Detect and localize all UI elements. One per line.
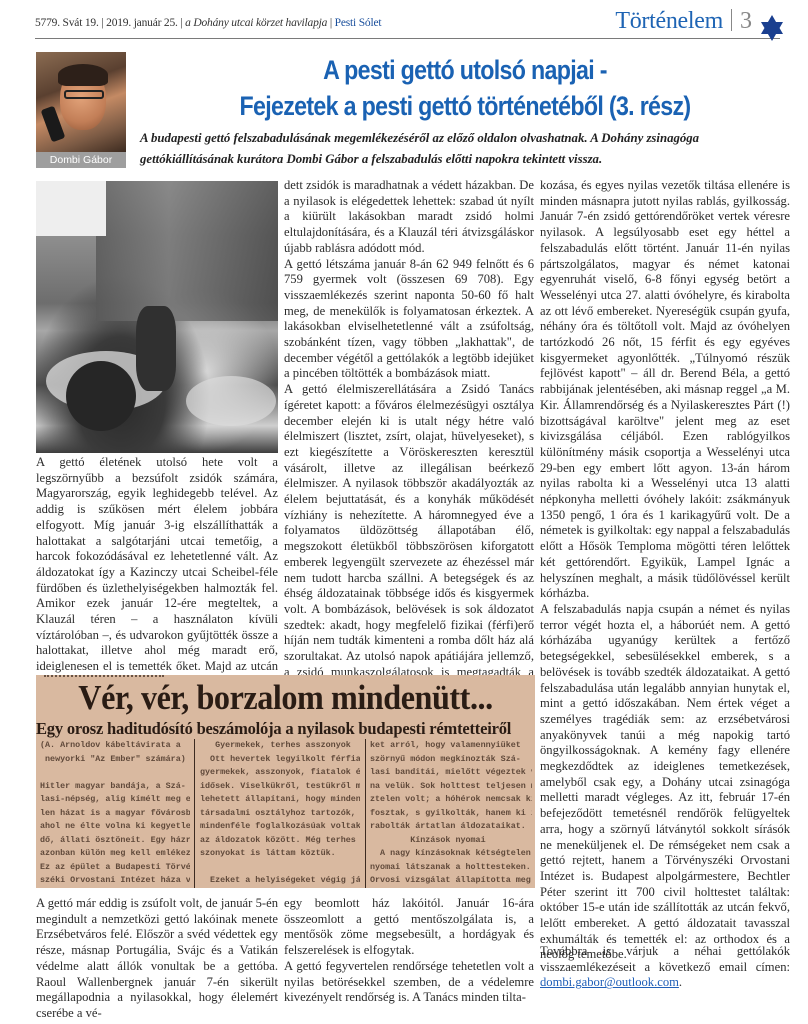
- closing-text: Továbbra is várjuk a néhai gettólakók vi…: [540, 944, 790, 974]
- article-title: A pesti gettó utolsó napjai - Fejezetek …: [186, 52, 745, 124]
- author-caption: Dombi Gábor: [36, 152, 126, 168]
- author-photo: [36, 52, 126, 152]
- issue-info: 5779. Svát 19. | 2019. január 25. | a Do…: [35, 17, 381, 29]
- newspaper-clipping: Vér, vér, borzalom mindenütt... Egy oros…: [36, 675, 535, 888]
- paragraph: A gettó létszáma január 8-án 62 949 feln…: [284, 257, 534, 383]
- ghetto-photo: [36, 181, 278, 453]
- star-of-david-icon: [760, 14, 784, 42]
- article-lead: A budapesti gettó felszabadulásának mege…: [140, 128, 790, 170]
- paragraph: A felszabadulás napja csupán a német és …: [540, 602, 790, 963]
- paragraph: egy beomlott ház lakóitól. Január 16-ára…: [284, 896, 534, 959]
- paragraph: A gettó már eddig is zsúfolt volt, de ja…: [36, 896, 278, 1022]
- paragraph: dett zsidók is maradhatnak a védett háza…: [284, 178, 534, 257]
- clipping-column-3: ket arról, hogy valamennyiüket szörnyű m…: [370, 739, 532, 888]
- clipping-column-1: (A. Arnoldov kábeltávirata a newyorki "A…: [40, 739, 190, 888]
- page-header: 5779. Svát 19. | 2019. január 25. | a Do…: [35, 8, 780, 39]
- issue-date: 2019. január 25.: [106, 17, 178, 29]
- clipping-column-2: Gyermekek, terhes asszonyok Ott hevertek…: [200, 739, 360, 888]
- clipping-headline: Vér, vér, borzalom mindenütt...: [56, 678, 515, 718]
- email-link[interactable]: dombi.gabor@outlook.com: [540, 975, 679, 989]
- title-line-1: A pesti gettó utolsó napjai -: [186, 52, 745, 88]
- column-1-bottom-text: A gettó már eddig is zsúfolt volt, de ja…: [36, 896, 278, 1022]
- paragraph: A gettó fegyvertelen rendőrsége tehetetl…: [284, 959, 534, 1006]
- tagline: a Dohány utcai körzet havilapja: [185, 17, 327, 29]
- column-rule: [365, 739, 366, 888]
- paragraph: A gettó életének utolsó hete volt a legs…: [36, 455, 278, 691]
- divider: [731, 9, 732, 31]
- column-1-text: A gettó életének utolsó hete volt a legs…: [36, 455, 278, 691]
- page-number: 3: [740, 8, 752, 34]
- section-heading: Történelem3: [615, 8, 752, 35]
- paragraph: A gettó élelmiszerellátására a Zsidó Tan…: [284, 382, 534, 696]
- paragraph: kozása, és egyes nyilas vezetők tiltása …: [540, 178, 790, 602]
- title-line-2: Fejezetek a pesti gettó történetéből (3.…: [186, 88, 745, 124]
- column-rule: [194, 739, 195, 888]
- section-name: Történelem: [615, 8, 723, 34]
- column-2-text: dett zsidók is maradhatnak a védett háza…: [284, 178, 534, 696]
- issue-number: 5779. Svát 19.: [35, 17, 99, 29]
- clipping-subhead: Egy orosz haditudósító beszámolója a nyi…: [36, 719, 535, 739]
- column-2-bottom-text: egy beomlott ház lakóitól. Január 16-ára…: [284, 896, 534, 1006]
- closing-note: Továbbra is várjuk a néhai gettólakók vi…: [540, 944, 790, 991]
- column-3-text: kozása, és egyes nyilas vezetők tiltása …: [540, 178, 790, 963]
- publication-name: Pesti Sólet: [335, 17, 382, 29]
